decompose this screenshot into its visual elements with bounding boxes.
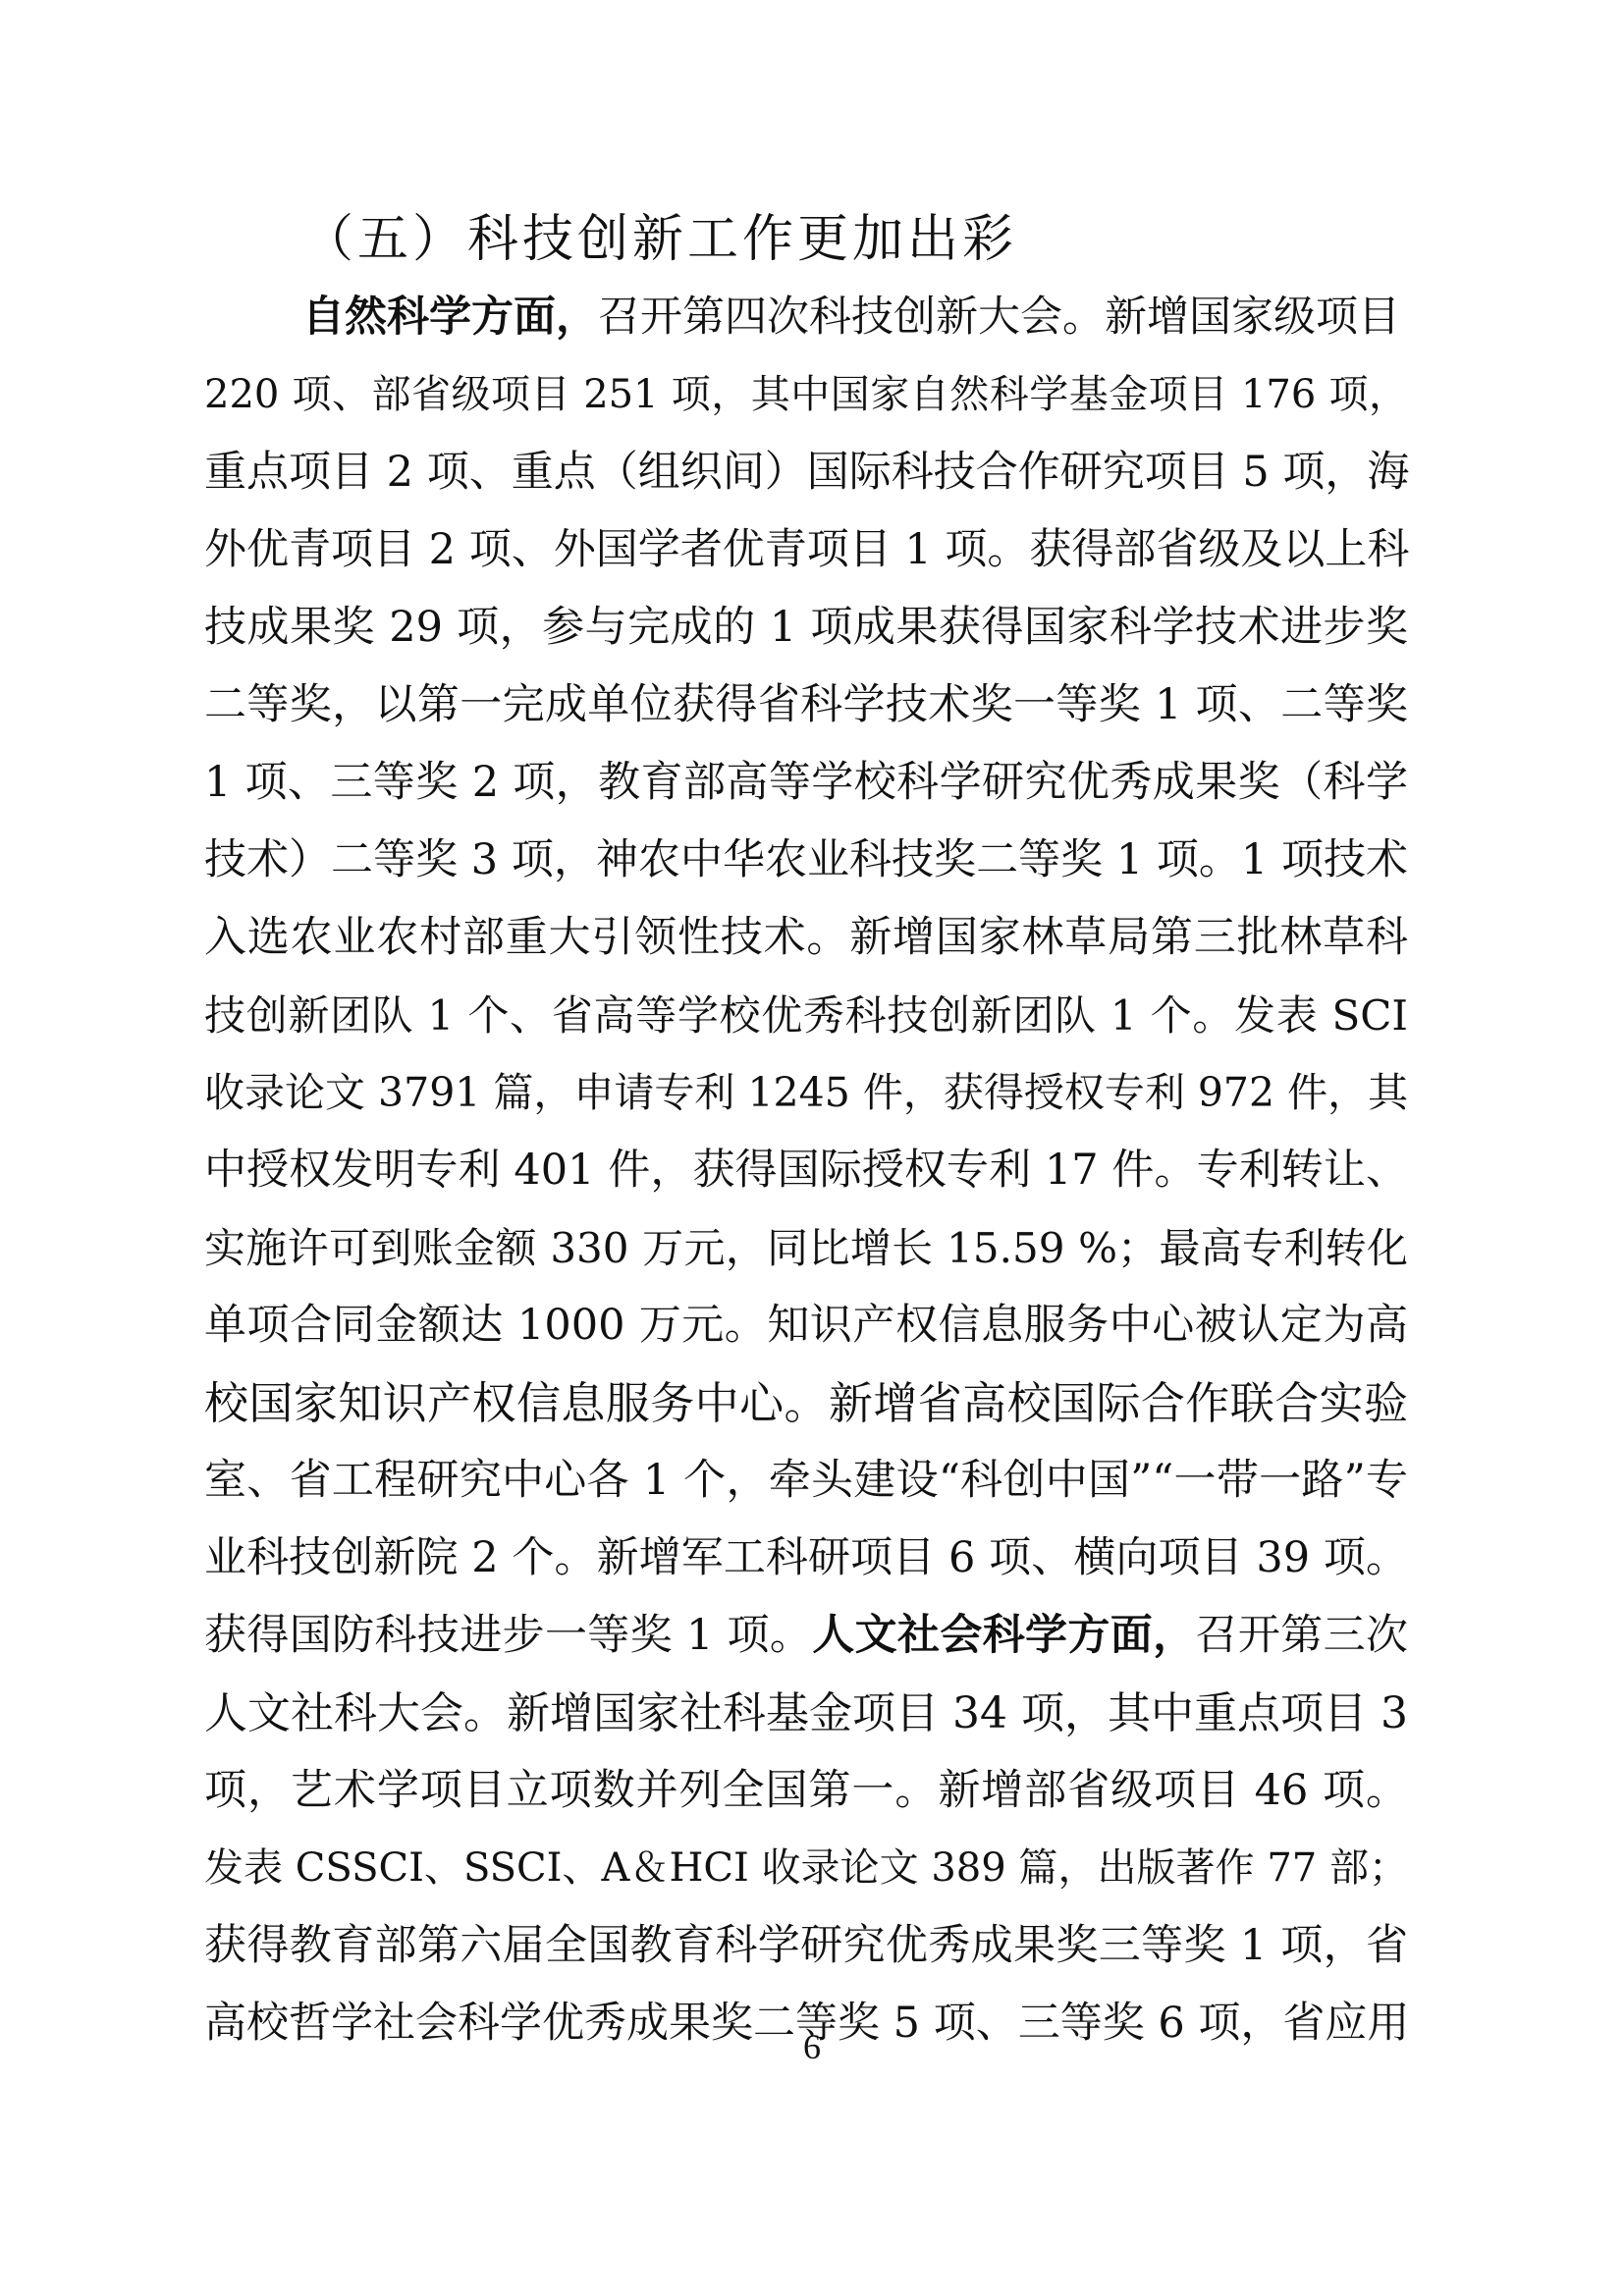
paragraph-line: 单项合同金额达 1000 万元。知识产权信息服务中心被认定为高 bbox=[204, 1287, 1408, 1364]
paragraph-line: 入选农业农村部重大引领性技术。新增国家林草局第三批林草科 bbox=[204, 899, 1408, 977]
text-run: 人文社科大会。新增国家社科基金项目 34 项，其中重点项目 3 bbox=[204, 1688, 1408, 1738]
text-run: 室、省工程研究中心各 1 个，牵头建设“科创中国”“一带一路”专 bbox=[204, 1456, 1408, 1505]
text-run: 校国家知识产权信息服务中心。新增省高校国际合作联合实验 bbox=[204, 1377, 1408, 1429]
document-page: （五）科技创新工作更加出彩 自然科学方面，召开第四次科技创新大会。新增国家级项目… bbox=[204, 201, 1408, 2062]
paragraph-line: 外优青项目 2 项、外国学者优青项目 1 项。获得部省级及以上科 bbox=[204, 511, 1408, 589]
paragraph-line: 校国家知识产权信息服务中心。新增省高校国际合作联合实验 bbox=[204, 1364, 1408, 1442]
text-run: 业科技创新院 2 个。新增军工科研项目 6 项、横向项目 39 项。 bbox=[204, 1533, 1408, 1582]
paragraph-line: 发表 CSSCI、SSCI、A＆HCI 收录论文 389 篇，出版著作 77 部… bbox=[204, 1830, 1408, 1907]
paragraph-line: 实施许可到账金额 330 万元，同比增长 15.59 %；最高专利转化 bbox=[204, 1209, 1408, 1287]
paragraph-line: 220 项、部省级项目 251 项，其中国家自然科学基金项目 176 项， bbox=[204, 356, 1408, 434]
text-run: 1 项、三等奖 2 项，教育部高等学校科学研究优秀成果奖（科学 bbox=[204, 758, 1408, 807]
text-run: 召开第三次 bbox=[1196, 1611, 1408, 1660]
text-run: 中授权发明专利 401 件，获得国际授权专利 17 件。专利转让、 bbox=[204, 1146, 1408, 1195]
text-run: 项，艺术学项目立项数并列全国第一。新增部省级项目 46 项。 bbox=[204, 1766, 1408, 1815]
paragraph-line: 收录论文 3791 篇，申请专利 1245 件，获得授权专利 972 件，其 bbox=[204, 1054, 1408, 1132]
paragraph-line: 技成果奖 29 项，参与完成的 1 项成果获得国家科学技术进步奖 bbox=[204, 589, 1408, 667]
paragraph-line: 自然科学方面，召开第四次科技创新大会。新增国家级项目 bbox=[204, 279, 1408, 356]
paragraph-line: 室、省工程研究中心各 1 个，牵头建设“科创中国”“一带一路”专 bbox=[204, 1442, 1408, 1520]
paragraph-line: 1 项、三等奖 2 项，教育部高等学校科学研究优秀成果奖（科学 bbox=[204, 744, 1408, 822]
paragraph-line: 重点项目 2 项、重点（组织间）国际科技合作研究项目 5 项，海 bbox=[204, 434, 1408, 511]
text-run: 发表 CSSCI、SSCI、A＆HCI 收录论文 389 篇，出版著作 77 部… bbox=[204, 1845, 1408, 1891]
paragraph-line: 获得国防科技进步一等奖 1 项。人文社会科学方面，召开第三次 bbox=[204, 1597, 1408, 1675]
text-run: 实施许可到账金额 330 万元，同比增长 15.59 %；最高专利转化 bbox=[204, 1224, 1408, 1272]
text-run: 外优青项目 2 项、外国学者优青项目 1 项。获得部省级及以上科 bbox=[204, 525, 1409, 574]
paragraph-line: 人文社科大会。新增国家社科基金项目 34 项，其中重点项目 3 bbox=[204, 1675, 1408, 1752]
text-run: 单项合同金额达 1000 万元。知识产权信息服务中心被认定为高 bbox=[204, 1301, 1408, 1350]
page-number: 6 bbox=[0, 2022, 1624, 2071]
paragraph-line: 业科技创新院 2 个。新增军工科研项目 6 项、横向项目 39 项。 bbox=[204, 1520, 1408, 1597]
document-body: 自然科学方面，召开第四次科技创新大会。新增国家级项目220 项、部省级项目 25… bbox=[204, 279, 1408, 2062]
text-run: 重点项目 2 项、重点（组织间）国际科技合作研究项目 5 项，海 bbox=[204, 448, 1409, 497]
text-run: 获得教育部第六届全国教育科学研究优秀成果奖三等奖 1 项，省 bbox=[204, 1921, 1408, 1970]
paragraph-line: 中授权发明专利 401 件，获得国际授权专利 17 件。专利转让、 bbox=[204, 1132, 1408, 1209]
text-run: 技成果奖 29 项，参与完成的 1 项成果获得国家科学技术进步奖 bbox=[204, 603, 1408, 652]
bold-lead-phrase: 人文社会科学方面， bbox=[812, 1611, 1195, 1660]
text-run: 获得国防科技进步一等奖 1 项。 bbox=[204, 1611, 812, 1660]
text-run: 二等奖，以第一完成单位获得省科学技术奖一等奖 1 项、二等奖 bbox=[204, 680, 1408, 729]
paragraph-line: 项，艺术学项目立项数并列全国第一。新增部省级项目 46 项。 bbox=[204, 1752, 1408, 1830]
text-run: 收录论文 3791 篇，申请专利 1245 件，获得授权专利 972 件，其 bbox=[204, 1069, 1408, 1116]
text-run: 技创新团队 1 个、省高等学校优秀科技创新团队 1 个。发表 SCI bbox=[204, 991, 1408, 1040]
text-run: 220 项、部省级项目 251 项，其中国家自然科学基金项目 176 项， bbox=[204, 372, 1408, 417]
bold-lead-phrase: 自然科学方面， bbox=[302, 293, 598, 342]
text-run: 召开第四次科技创新大会。新增国家级项目 bbox=[598, 293, 1400, 342]
paragraph-line: 二等奖，以第一完成单位获得省科学技术奖一等奖 1 项、二等奖 bbox=[204, 667, 1408, 744]
text-run: 技术）二等奖 3 项，神农中华农业科技奖二等奖 1 项。1 项技术 bbox=[204, 835, 1408, 884]
paragraph-line: 技术）二等奖 3 项，神农中华农业科技奖二等奖 1 项。1 项技术 bbox=[204, 822, 1408, 899]
text-run: 入选农业农村部重大引领性技术。新增国家林草局第三批林草科 bbox=[204, 913, 1408, 962]
paragraph-line: 技创新团队 1 个、省高等学校优秀科技创新团队 1 个。发表 SCI bbox=[204, 977, 1408, 1054]
section-heading: （五）科技创新工作更加出彩 bbox=[204, 201, 1408, 279]
paragraph-line: 获得教育部第六届全国教育科学研究优秀成果奖三等奖 1 项，省 bbox=[204, 1907, 1408, 1985]
